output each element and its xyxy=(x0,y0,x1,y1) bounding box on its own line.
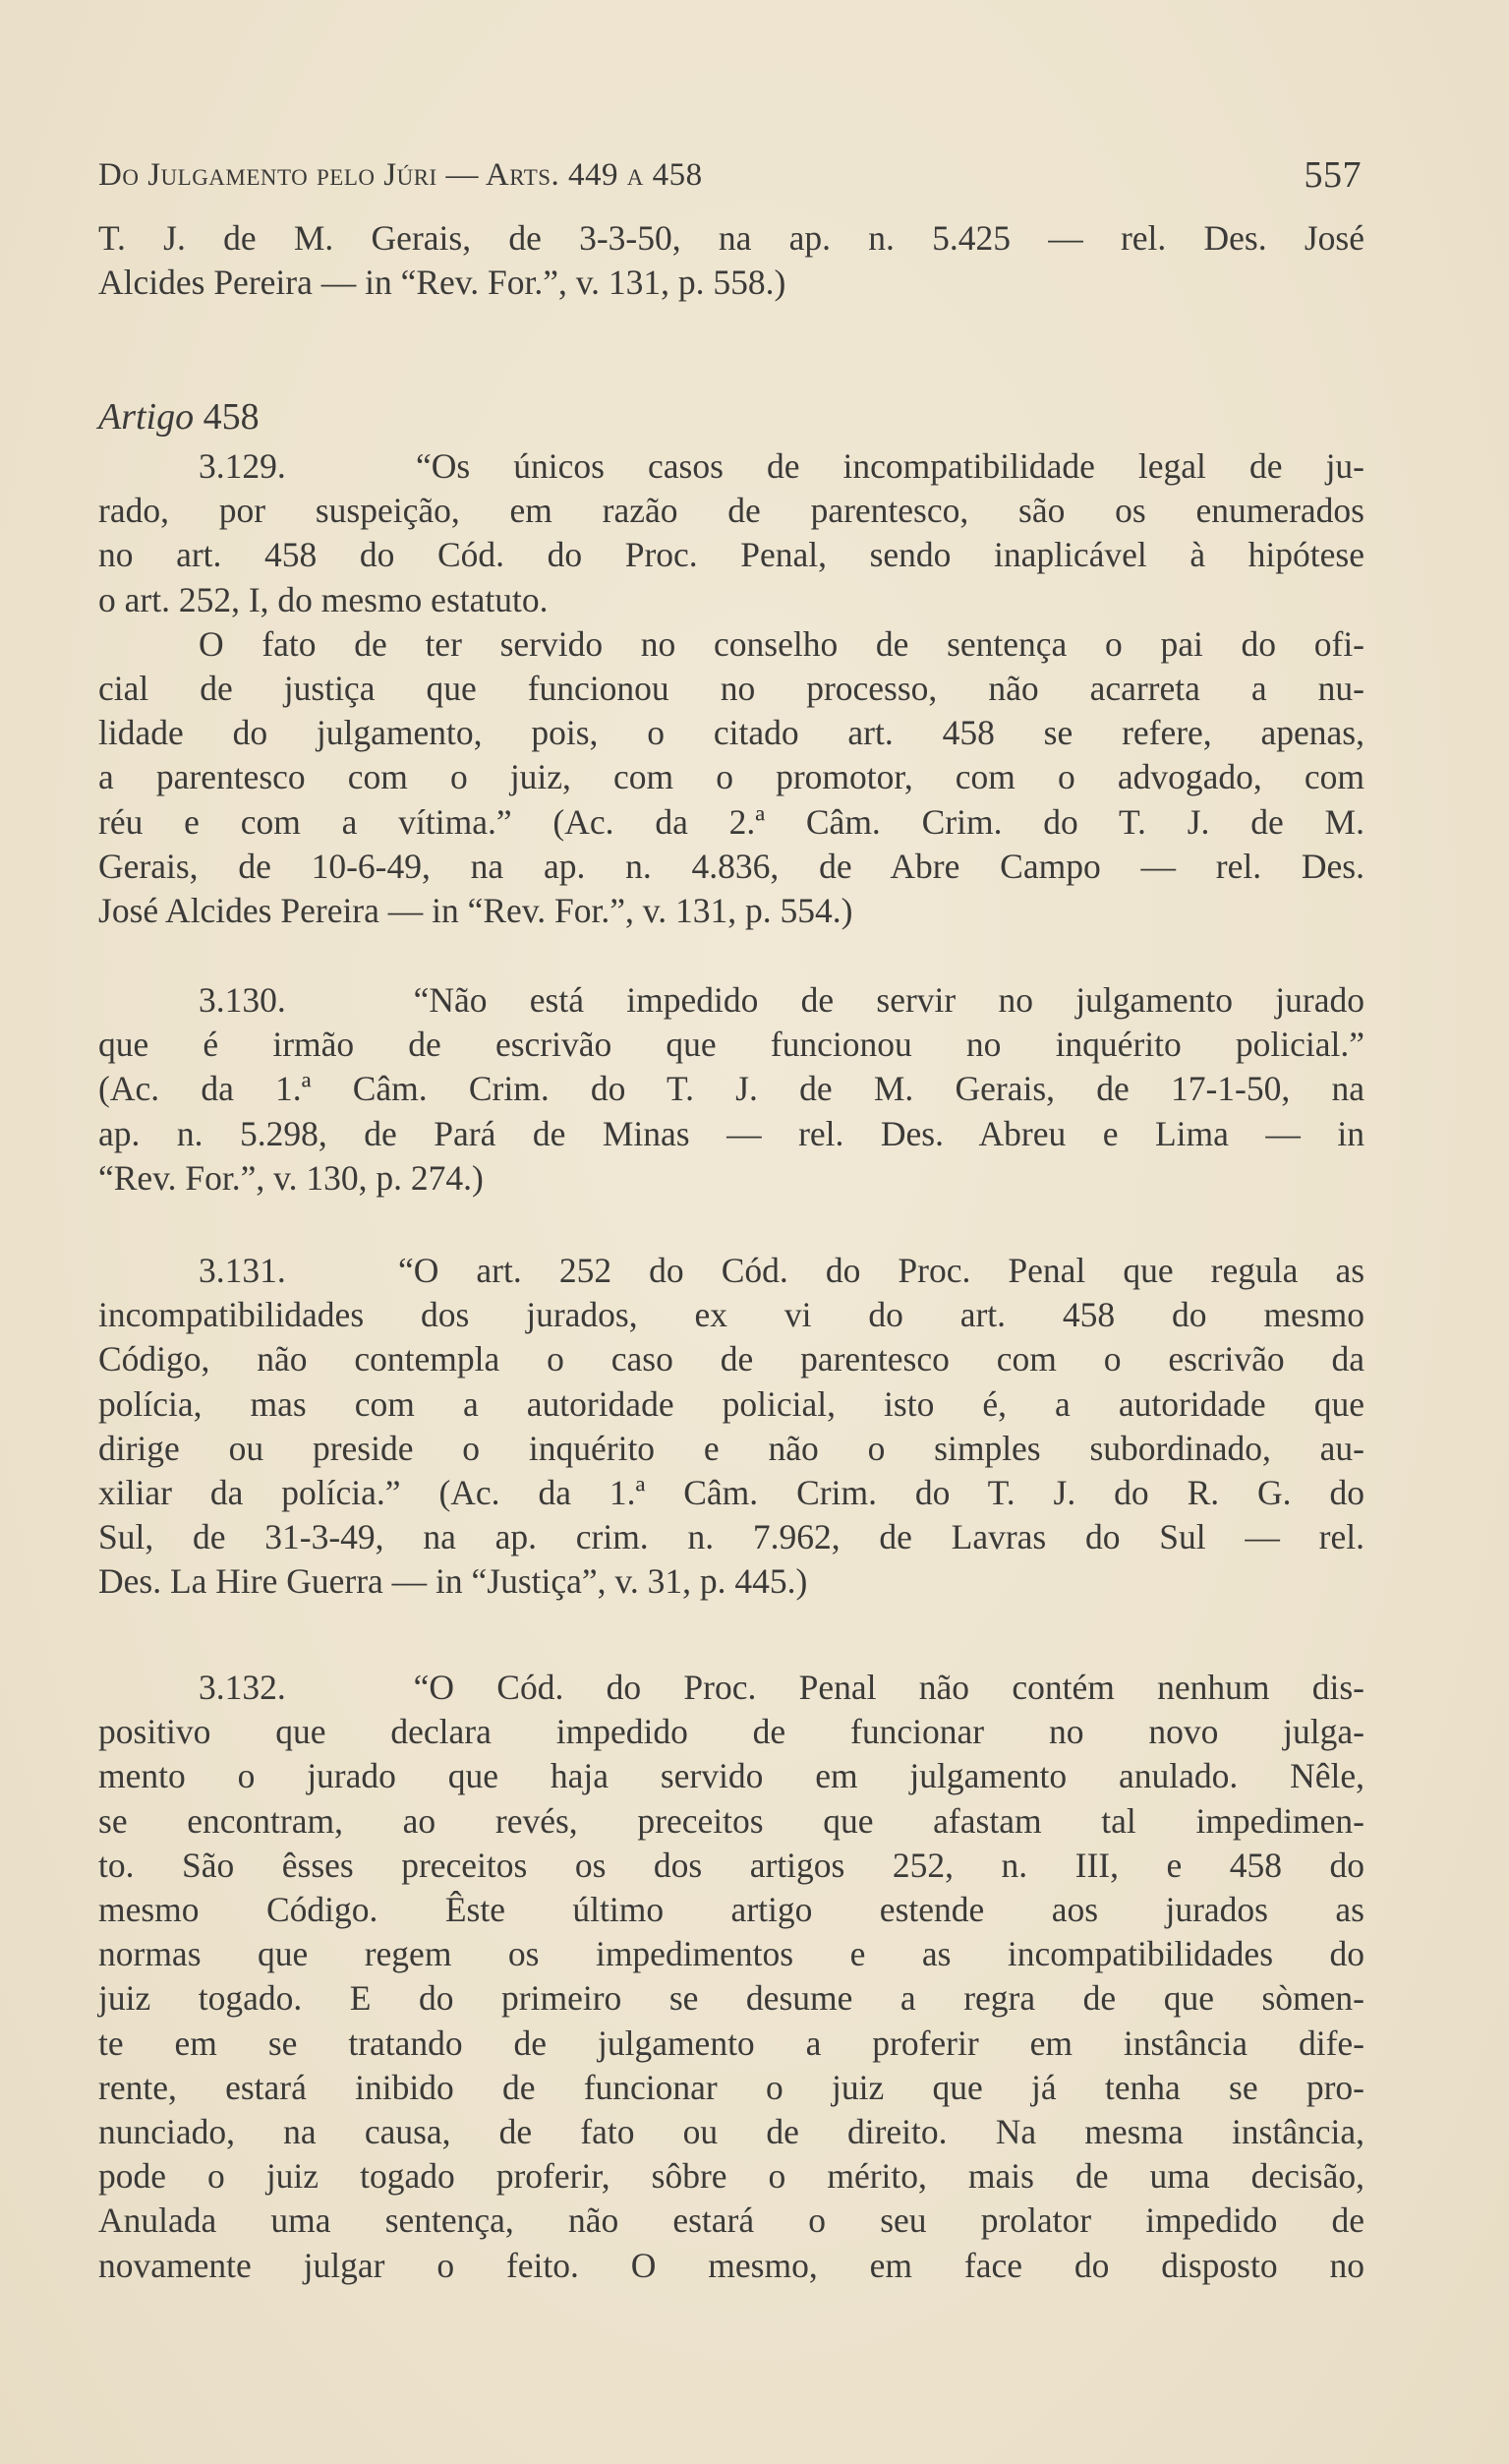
section-heading-label: Artigo xyxy=(98,396,194,438)
text-line: nunciado, na causa, de fato ou de direit… xyxy=(98,2110,1364,2154)
text-line: 3.129. “Os únicos casos de incompatibili… xyxy=(98,444,1364,489)
text-line: ap. n. 5.298, de Pará de Minas — rel. De… xyxy=(98,1112,1364,1156)
running-head: Do Julgamento pelo Júri — Arts. 449 a 45… xyxy=(98,157,1362,206)
text-line: se encontram, ao revés, preceitos que af… xyxy=(98,1799,1364,1844)
text-line: no art. 458 do Cód. do Proc. Penal, send… xyxy=(98,533,1364,577)
text-line: positivo que declara impedido de funcion… xyxy=(98,1710,1364,1754)
running-head-title: Do Julgamento pelo Júri — Arts. 449 a 45… xyxy=(98,157,703,194)
text-line: 3.132. “O Cód. do Proc. Penal não contém… xyxy=(98,1666,1364,1710)
text-line: rado, por suspeição, em razão de parente… xyxy=(98,489,1364,533)
text-line: juiz togado. E do primeiro se desume a r… xyxy=(98,1976,1364,2021)
section-heading-number: 458 xyxy=(203,396,260,438)
text-line: que é irmão de escrivão que funcionou no… xyxy=(98,1023,1364,1067)
text-line: O fato de ter servido no conselho de sen… xyxy=(98,622,1364,667)
paragraph-3129: 3.129. “Os únicos casos de incompatibili… xyxy=(98,444,1364,933)
text-line: a parentesco com o juiz, com o promotor,… xyxy=(98,755,1364,799)
carryover-citation: T. J. de M. Gerais, de 3-3-50, na ap. n.… xyxy=(98,216,1364,305)
section-heading: Artigo 458 xyxy=(98,395,260,439)
text-line: lidade do julgamento, pois, o citado art… xyxy=(98,711,1364,755)
text-line: Des. La Hire Guerra — in “Justiça”, v. 3… xyxy=(98,1559,1364,1604)
paragraph-number: 3.131. xyxy=(199,1251,286,1290)
text-line: mento o jurado que haja servido em julga… xyxy=(98,1754,1364,1798)
text-line: Gerais, de 10-6-49, na ap. n. 4.836, de … xyxy=(98,845,1364,889)
text-line: incompatibilidades dos jurados, ex vi do… xyxy=(98,1293,1364,1337)
text-line: 3.131. “O art. 252 do Cód. do Proc. Pena… xyxy=(98,1249,1364,1293)
text-line: 3.130. “Não está impedido de servir no j… xyxy=(98,978,1364,1023)
paragraph-number: 3.130. xyxy=(199,980,286,1020)
text-line: José Alcides Pereira — in “Rev. For.”, v… xyxy=(98,889,1364,933)
text-line: T. J. de M. Gerais, de 3-3-50, na ap. n.… xyxy=(98,216,1364,261)
text-line: dirige ou preside o inquérito e não o si… xyxy=(98,1427,1364,1471)
paragraph-3131: 3.131. “O art. 252 do Cód. do Proc. Pena… xyxy=(98,1249,1364,1605)
paragraph-number: 3.129. xyxy=(199,446,286,486)
paragraph-3132: 3.132. “O Cód. do Proc. Penal não contém… xyxy=(98,1666,1364,2288)
text-line: pode o juiz togado proferir, sôbre o mér… xyxy=(98,2154,1364,2199)
text-line: réu e com a vítima.” (Ac. da 2.ª Câm. Cr… xyxy=(98,800,1364,845)
text-line: o art. 252, I, do mesmo estatuto. xyxy=(98,578,1364,622)
text-line: xiliar da polícia.” (Ac. da 1.ª Câm. Cri… xyxy=(98,1471,1364,1515)
text-line: (Ac. da 1.ª Câm. Crim. do T. J. de M. Ge… xyxy=(98,1067,1364,1111)
text-line: Anulada uma sentença, não estará o seu p… xyxy=(98,2199,1364,2243)
page-number: 557 xyxy=(1305,153,1363,197)
paragraph-3130: 3.130. “Não está impedido de servir no j… xyxy=(98,978,1364,1201)
text-line: cial de justiça que funcionou no process… xyxy=(98,667,1364,711)
text-line: normas que regem os impedimentos e as in… xyxy=(98,1932,1364,1976)
text-line: rente, estará inibido de funcionar o jui… xyxy=(98,2066,1364,2110)
text-line: novamente julgar o feito. O mesmo, em fa… xyxy=(98,2244,1364,2288)
book-page: Do Julgamento pelo Júri — Arts. 449 a 45… xyxy=(0,0,1509,2464)
text-line: “Rev. For.”, v. 130, p. 274.) xyxy=(98,1156,1364,1201)
paragraph-number: 3.132. xyxy=(199,1668,286,1707)
text-line: te em se tratando de julgamento a profer… xyxy=(98,2022,1364,2066)
text-line: mesmo Código. Êste último artigo estende… xyxy=(98,1888,1364,1932)
text-line: Sul, de 31-3-49, na ap. crim. n. 7.962, … xyxy=(98,1515,1364,1559)
text-line: to. São êsses preceitos os dos artigos 2… xyxy=(98,1844,1364,1888)
text-line: Código, não contempla o caso de parentes… xyxy=(98,1337,1364,1381)
text-line: polícia, mas com a autoridade policial, … xyxy=(98,1382,1364,1427)
text-line: Alcides Pereira — in “Rev. For.”, v. 131… xyxy=(98,261,1364,305)
